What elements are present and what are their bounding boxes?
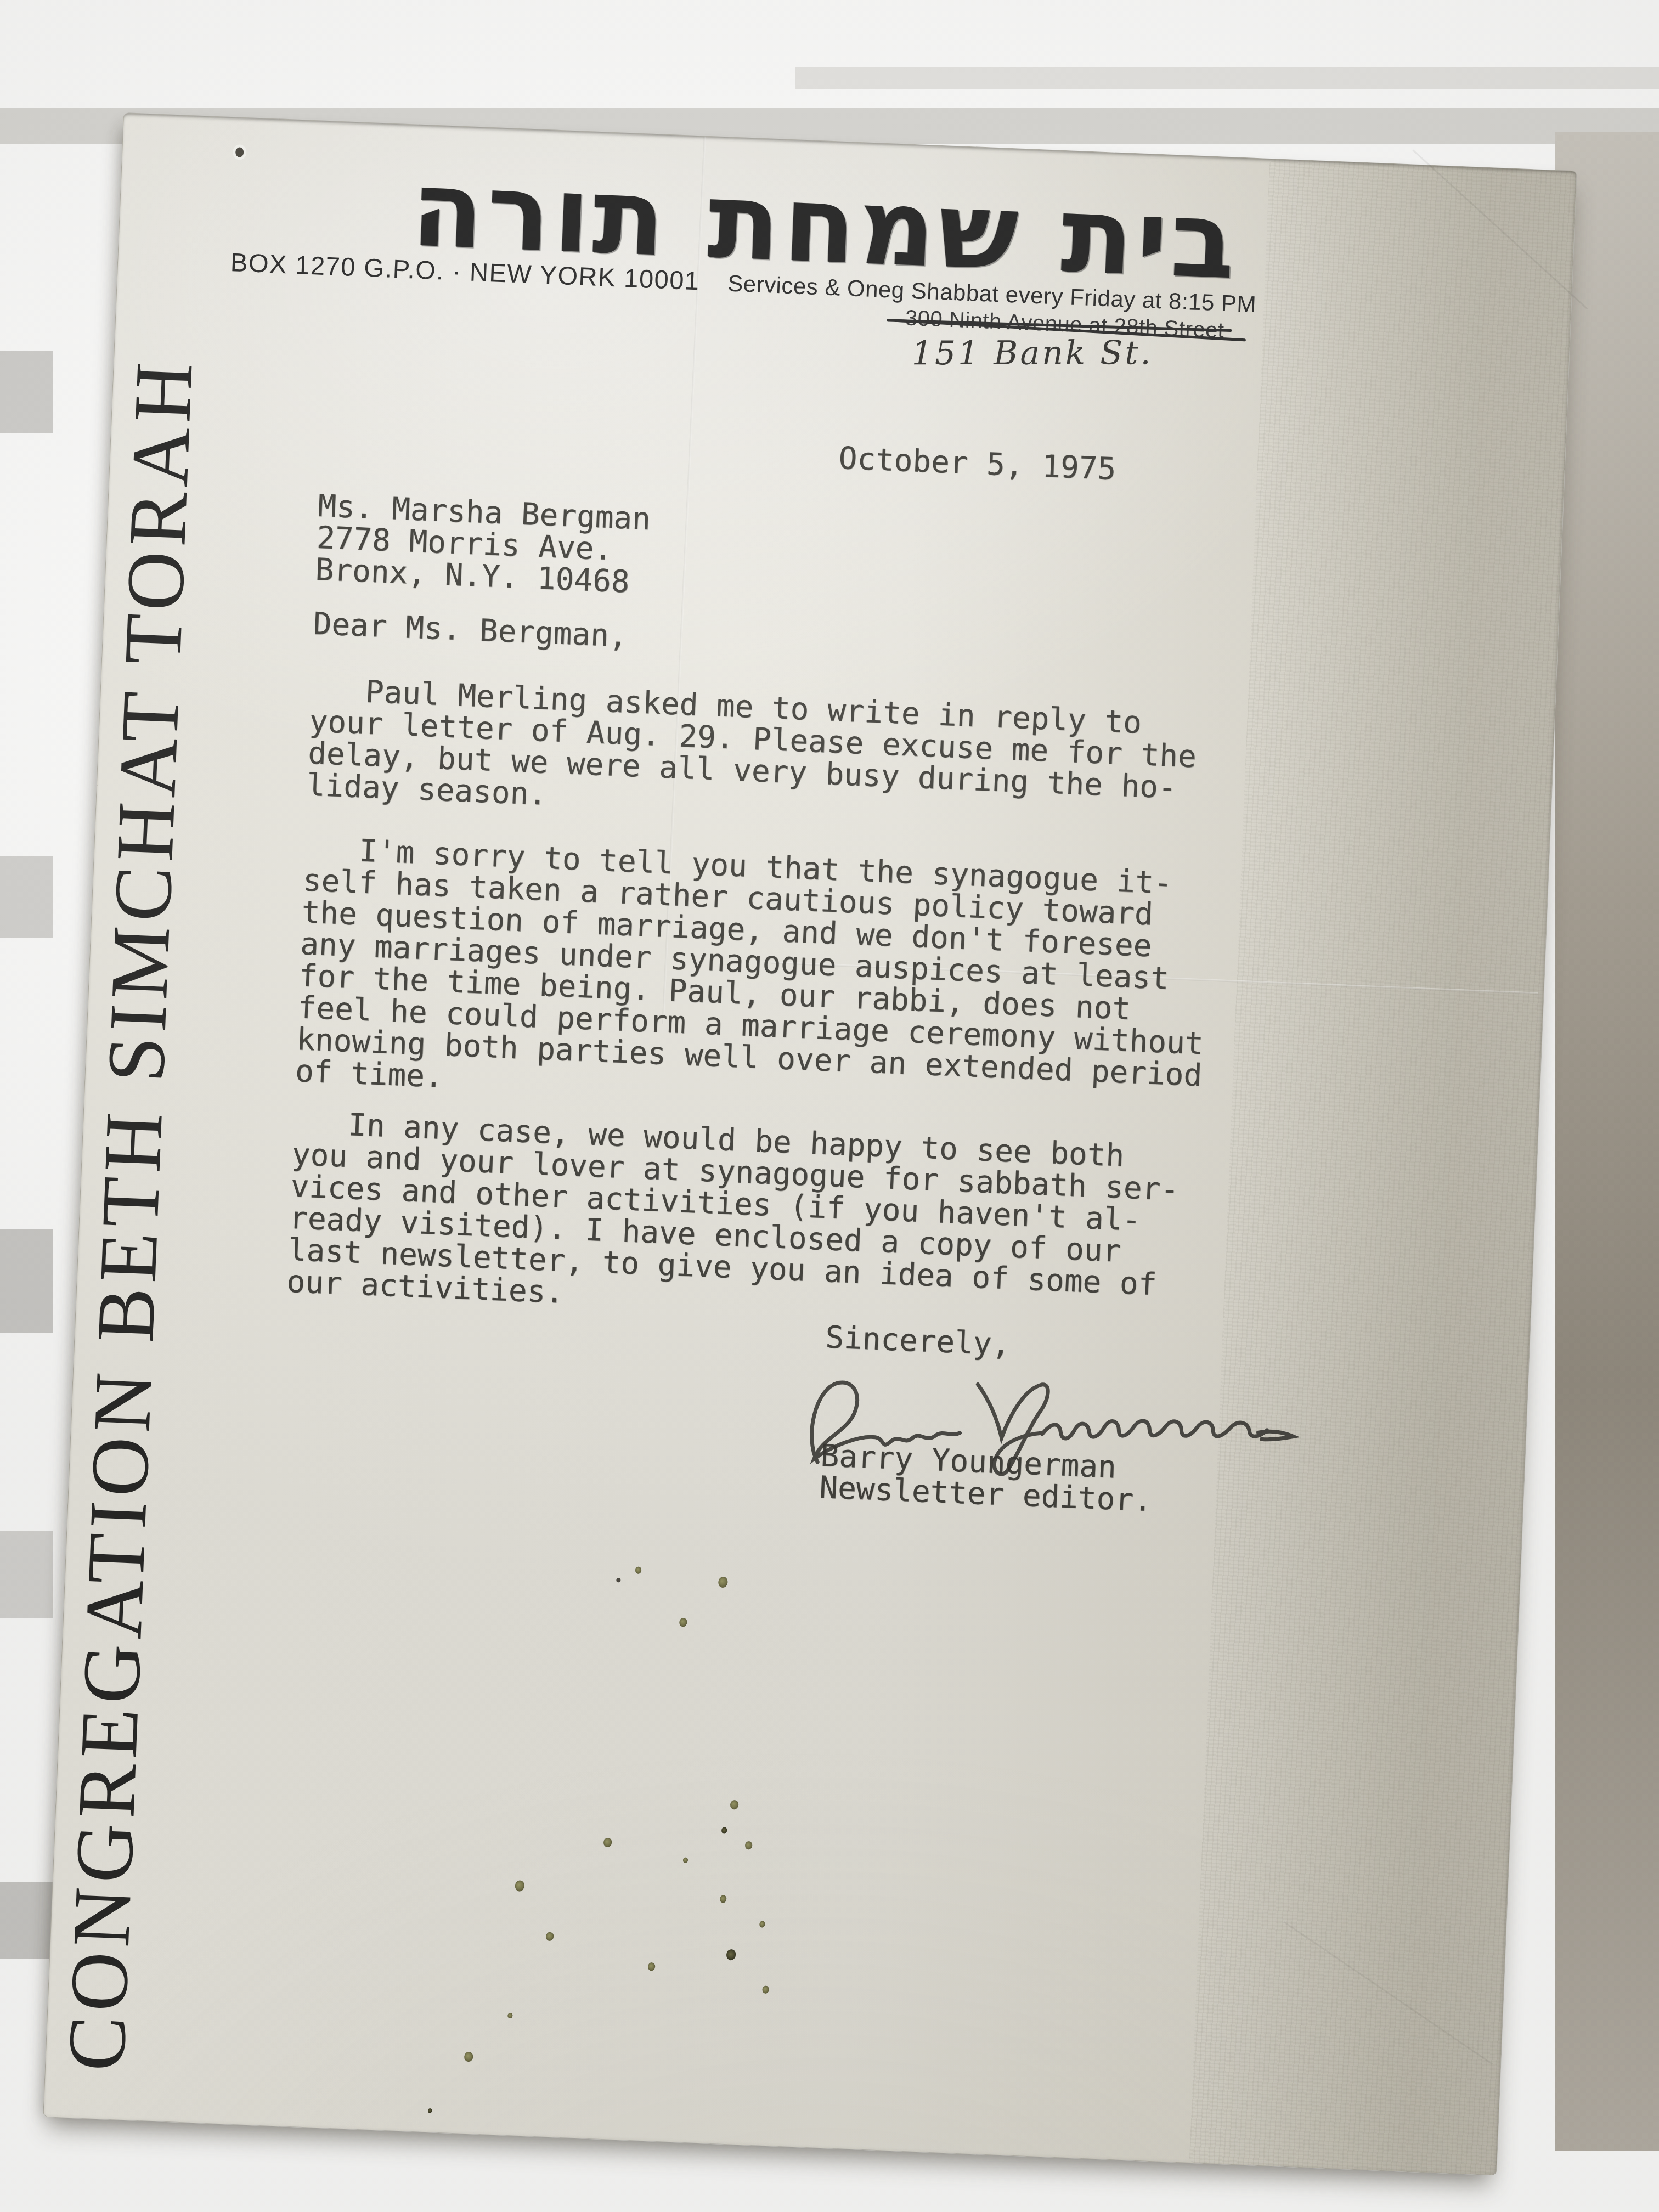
background-band bbox=[0, 1531, 53, 1618]
olive-stain bbox=[730, 1800, 739, 1810]
olive-stain bbox=[635, 1567, 642, 1574]
olive-stain bbox=[759, 1921, 765, 1927]
olive-stain bbox=[718, 1577, 728, 1588]
olive-stain bbox=[726, 1949, 736, 1961]
olive-stain bbox=[683, 1858, 688, 1863]
letter-date: October 5, 1975 bbox=[838, 443, 1286, 493]
background-band bbox=[1555, 132, 1659, 2151]
background-band bbox=[0, 351, 53, 433]
olive-stain bbox=[745, 1841, 753, 1850]
olive-stain bbox=[546, 1932, 554, 1942]
paper-speck bbox=[235, 147, 244, 157]
background-band bbox=[795, 67, 1659, 89]
olive-stain bbox=[428, 2108, 432, 2113]
olive-stain bbox=[721, 1827, 727, 1833]
background-band bbox=[0, 856, 53, 938]
vertical-congregation-name: CONGREGATION BETH SIMCHAT TORAH bbox=[49, 356, 212, 2073]
signature-block: Sincerely, Barry Youngerman Newsletter e… bbox=[819, 1322, 1251, 1521]
handwritten-signature-scrawl bbox=[793, 1348, 1311, 1481]
olive-stain bbox=[603, 1838, 612, 1848]
olive-stain bbox=[507, 2013, 512, 2018]
olive-stain bbox=[648, 1962, 656, 1971]
background-band bbox=[0, 1229, 53, 1333]
salutation: Dear Ms. Bergman, bbox=[313, 608, 1279, 679]
olive-stain bbox=[679, 1618, 687, 1627]
photo-of-letter: בית שמחת תורה BOX 1270 G.P.O. · NEW YORK… bbox=[0, 0, 1659, 2212]
letter-paper: בית שמחת תורה BOX 1270 G.P.O. · NEW YORK… bbox=[43, 112, 1577, 2175]
recipient-address: Ms. Marsha Bergman2778 Morris Ave.Bronx,… bbox=[315, 490, 1284, 624]
olive-stain bbox=[720, 1895, 727, 1903]
olive-stain bbox=[762, 1986, 769, 1994]
body-paragraph-2: I'm sorry to tell you that the synagogue… bbox=[295, 833, 1269, 1126]
background-band bbox=[0, 1882, 53, 1959]
olive-stain bbox=[515, 1880, 524, 1892]
handwritten-new-address: 151 Bank St. bbox=[912, 334, 1153, 373]
body-paragraph-1: Paul Merling asked me to write in reply … bbox=[306, 674, 1276, 840]
olive-stain bbox=[464, 2052, 473, 2062]
typed-letter-body: October 5, 1975 Ms. Marsha Bergman2778 M… bbox=[279, 422, 1286, 1521]
body-paragraph-3: In any case, we would be happy to see bo… bbox=[286, 1107, 1259, 1336]
paper-speck bbox=[616, 1578, 620, 1582]
